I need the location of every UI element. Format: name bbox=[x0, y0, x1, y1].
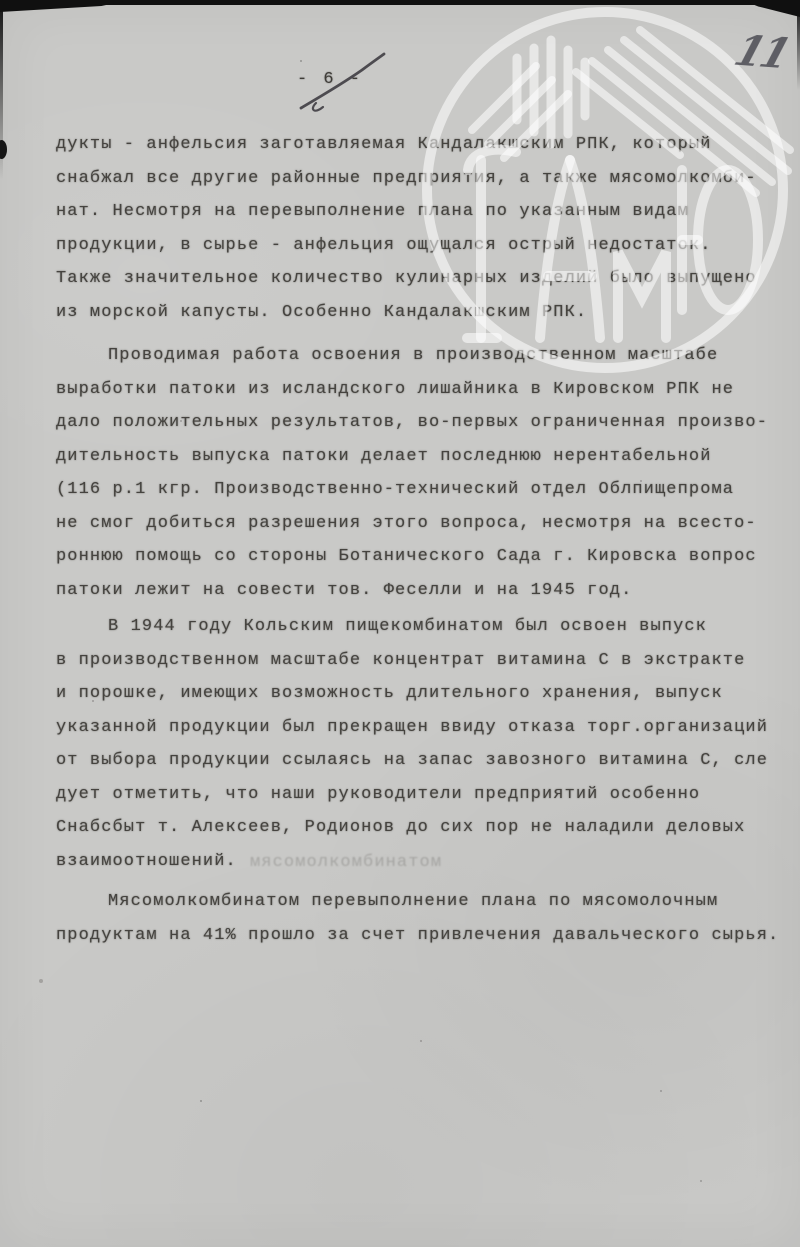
paragraph: Мясомолкомбинатом перевыполнение плана п… bbox=[56, 885, 796, 952]
text-line: дало положительных результатов, во-первы… bbox=[56, 406, 796, 440]
text-line: и порошке, имеющих возможность длительно… bbox=[56, 677, 796, 711]
paragraph: В 1944 году Кольским пищекомбинатом был … bbox=[56, 610, 796, 878]
ink-blob bbox=[0, 140, 7, 159]
text-line: Снабсбыт т. Алексеев, Родионов до сих по… bbox=[56, 811, 796, 845]
text-line: выработки патоки из исландского лишайник… bbox=[56, 373, 796, 407]
typed-text-block: дукты - анфельсия заготавляемая Кандалак… bbox=[56, 128, 796, 952]
paper-specks bbox=[0, 0, 2, 2]
scanned-document-page: дукты - анфельсия заготавляемая Кандалак… bbox=[0, 0, 800, 1247]
text-line: из морской капусты. Особенно Кандалакшск… bbox=[56, 296, 796, 330]
text-line: Проводимая работа освоения в производств… bbox=[56, 339, 796, 373]
text-line: (116 р.1 кгр. Производственно-технически… bbox=[56, 473, 796, 507]
text-line: дукты - анфельсия заготавляемая Кандалак… bbox=[56, 128, 796, 162]
text-line: Также значительное количество кулинарных… bbox=[56, 262, 796, 296]
text-line: дует отметить, что наши руководители пре… bbox=[56, 778, 796, 812]
text-line: патоки лежит на совести тов. Феселли и н… bbox=[56, 574, 796, 608]
text-line: роннюю помощь со стороны Ботанического С… bbox=[56, 540, 796, 574]
text-line: В 1944 году Кольским пищекомбинатом был … bbox=[56, 610, 796, 644]
paragraph: Проводимая работа освоения в производств… bbox=[56, 339, 796, 607]
typed-page-number: - 6 - bbox=[297, 70, 363, 89]
erased-text: мясомолкомбинатом bbox=[250, 846, 442, 880]
handwritten-page-number: 11 bbox=[729, 26, 794, 77]
text-line: дительность выпуска патоки делает послед… bbox=[56, 440, 796, 474]
text-line: от выбора продукции ссылаясь на запас за… bbox=[56, 744, 796, 778]
scan-edge-top-right bbox=[742, 0, 800, 17]
paragraph: дукты - анфельсия заготавляемая Кандалак… bbox=[56, 128, 796, 329]
text-line: продуктам на 41% прошло за счет привлече… bbox=[56, 919, 796, 953]
text-line: продукции, в сырье - анфельция ощущался … bbox=[56, 229, 796, 263]
text-line: в производственном масштабе концентрат в… bbox=[56, 644, 796, 678]
text-line: указанной продукции был прекращен ввиду … bbox=[56, 711, 796, 745]
text-line: снабжал все другие районные предприятия,… bbox=[56, 162, 796, 196]
text-line: не смог добиться разрешения этого вопрос… bbox=[56, 507, 796, 541]
text-line: Мясомолкомбинатом перевыполнение плана п… bbox=[56, 885, 796, 919]
text-line: нат. Несмотря на перевыполнение плана по… bbox=[56, 195, 796, 229]
scan-edge-top-left bbox=[0, 0, 130, 12]
